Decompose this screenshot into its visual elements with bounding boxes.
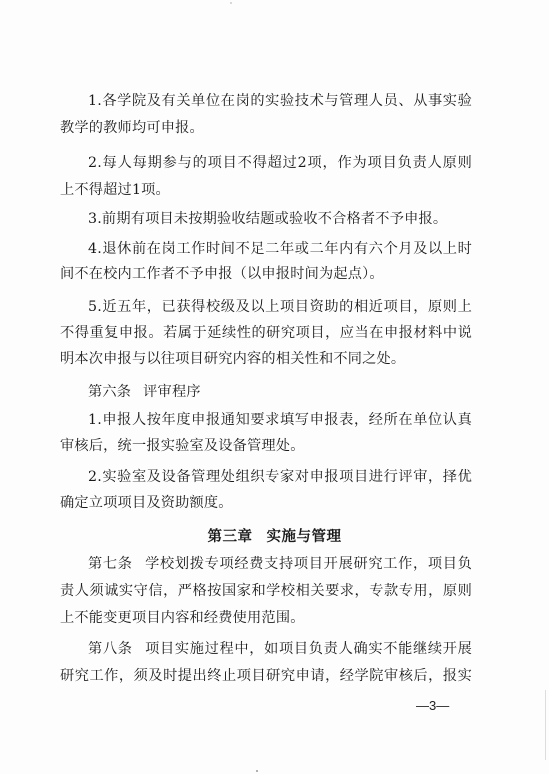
article-6-heading: 第六条评审程序	[88, 382, 472, 402]
article-8-line-2: 研究工作，须及时提出终止项目研究申请，经学院审核后，报实	[60, 666, 472, 686]
scan-speck	[230, 2, 232, 4]
scan-speck	[256, 770, 258, 772]
article-8-line-1: 第八条项目实施过程中，如项目负责人确实不能继续开展	[88, 639, 472, 659]
article-6-number: 第六条	[88, 384, 131, 400]
item-2-line-2: 上不得超过1项。	[60, 180, 472, 200]
article-7-text: 学校划拨专项经费支持项目开展研究工作，项目负	[145, 556, 472, 572]
article-8-text: 项目实施过程中，如项目负责人确实不能继续开展	[145, 641, 472, 657]
item-5-line-2: 不得重复申报。若属于延续性的研究项目，应当在申报材料中说	[60, 323, 472, 343]
article-7-line-1: 第七条学校划拨专项经费支持项目开展研究工作，项目负	[88, 554, 472, 574]
article-6-item-1-line-1: 1.申报人按年度申报通知要求填写申报表，经所在单位认真	[88, 410, 472, 430]
article-7-line-3: 上不能变更项目内容和经费使用范围。	[60, 608, 472, 628]
item-4-line-2: 间不在校内工作者不予申报（以申报时间为起点）。	[60, 264, 472, 284]
item-5-line-1: 5.近五年，已获得校级及以上项目资助的相近项目，原则上	[88, 297, 472, 317]
scan-edge-mark	[545, 690, 546, 760]
item-2-line-1: 2.每人每期参与的项目不得超过2项，作为项目负责人原则	[88, 153, 472, 173]
chapter-3-number: 第三章	[208, 529, 253, 545]
article-6-item-1-line-2: 审核后，统一报实验室及设备管理处。	[60, 436, 472, 456]
item-1-line-2: 教学的教师均可申报。	[60, 118, 472, 138]
article-8-number: 第八条	[88, 641, 133, 657]
chapter-3-heading: 第三章实施与管理	[0, 527, 549, 547]
item-4-line-1: 4.退休前在岗工作时间不足二年或二年内有六个月及以上时	[88, 239, 472, 259]
document-page: 1.各学院及有关单位在岗的实验技术与管理人员、从事实验 教学的教师均可申报。 2…	[0, 0, 549, 774]
item-1-line-1: 1.各学院及有关单位在岗的实验技术与管理人员、从事实验	[88, 91, 472, 111]
chapter-3-title: 实施与管理	[267, 529, 342, 545]
article-6-title: 评审程序	[143, 384, 201, 400]
article-6-item-2-line-1: 2.实验室及设备管理处组织专家对申报项目进行评审，择优	[88, 467, 472, 487]
item-3-line-1: 3.前期有项目未按期验收结题或验收不合格者不予申报。	[88, 209, 472, 229]
article-7-number: 第七条	[88, 556, 133, 572]
page-number: —3—	[416, 697, 449, 715]
article-7-line-2: 责人须诚实守信，严格按国家和学校相关要求，专款专用，原则	[60, 581, 472, 601]
article-6-item-2-line-2: 确定立项项目及资助额度。	[60, 493, 472, 513]
item-5-line-3: 明本次申报与以往项目研究内容的相关性和不同之处。	[60, 349, 472, 369]
